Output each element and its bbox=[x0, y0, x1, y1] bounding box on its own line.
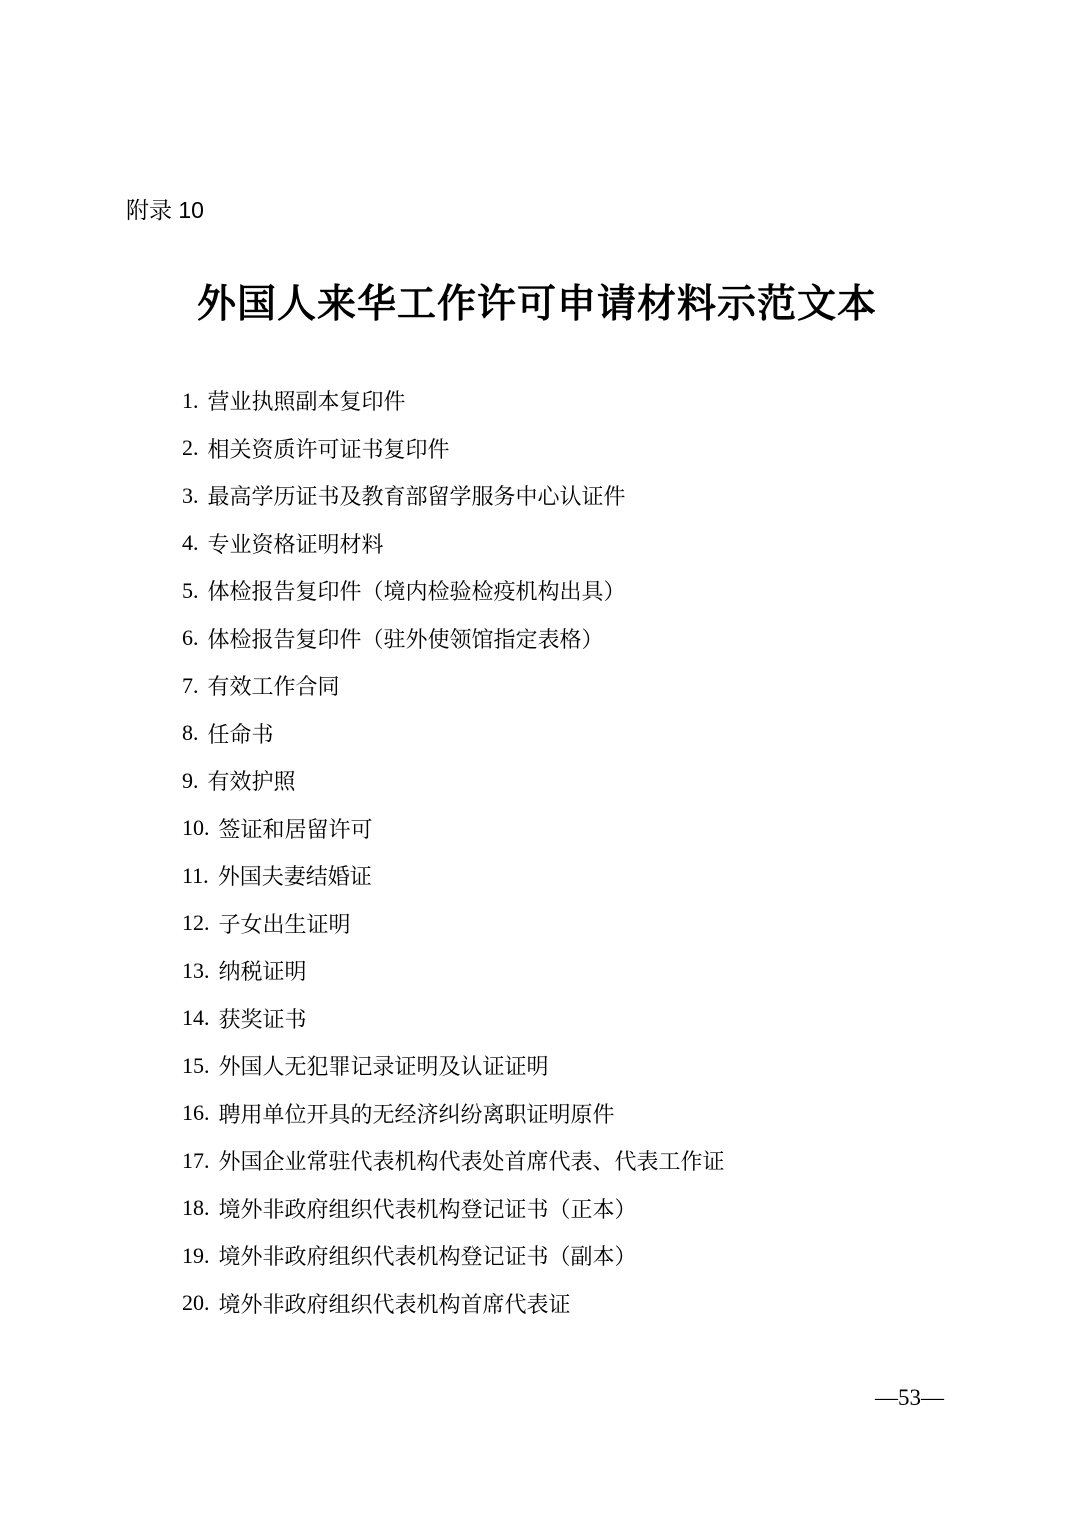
list-item: 14.获奖证书 bbox=[182, 995, 725, 1043]
page-title: 外国人来华工作许可申请材料示范文本 bbox=[0, 282, 1074, 329]
list-item: 1.营业执照副本复印件 bbox=[182, 377, 725, 425]
list-item: 18.境外非政府组织代表机构登记证书（正本） bbox=[182, 1185, 725, 1233]
list-item: 8.任命书 bbox=[182, 710, 725, 758]
list-item-number: 6. bbox=[182, 625, 199, 651]
list-item-text: 境外非政府组织代表机构登记证书（副本） bbox=[219, 1240, 637, 1271]
list-item-number: 5. bbox=[182, 578, 199, 604]
list-item: 20.境外非政府组织代表机构首席代表证 bbox=[182, 1280, 725, 1328]
list-item-text: 有效工作合同 bbox=[208, 670, 340, 701]
list-item: 19.境外非政府组织代表机构登记证书（副本） bbox=[182, 1232, 725, 1280]
list-item-number: 9. bbox=[182, 768, 199, 794]
list-item-number: 18. bbox=[182, 1195, 210, 1221]
list-item-number: 4. bbox=[182, 530, 199, 556]
list-item-number: 19. bbox=[182, 1243, 210, 1269]
list-item: 10.签证和居留许可 bbox=[182, 805, 725, 853]
list-item-text: 签证和居留许可 bbox=[219, 813, 373, 844]
document-page: 附录 10 外国人来华工作许可申请材料示范文本 1.营业执照副本复印件 2.相关… bbox=[0, 0, 1074, 1520]
list-item-text: 子女出生证明 bbox=[219, 908, 351, 939]
list-item-text: 外国人无犯罪记录证明及认证证明 bbox=[219, 1050, 549, 1081]
list-item: 2.相关资质许可证书复印件 bbox=[182, 425, 725, 473]
list-item-number: 12. bbox=[182, 910, 210, 936]
list-item-text: 境外非政府组织代表机构首席代表证 bbox=[219, 1288, 571, 1319]
list-item-number: 20. bbox=[182, 1290, 210, 1316]
list-item: 7.有效工作合同 bbox=[182, 662, 725, 710]
list-item-text: 最高学历证书及教育部留学服务中心认证件 bbox=[208, 480, 626, 511]
list-item-text: 获奖证书 bbox=[219, 1003, 307, 1034]
list-item-text: 相关资质许可证书复印件 bbox=[208, 433, 450, 464]
list-item-number: 11. bbox=[182, 863, 209, 889]
list-item-text: 外国企业常驻代表机构代表处首席代表、代表工作证 bbox=[219, 1145, 725, 1176]
list-item-number: 16. bbox=[182, 1100, 210, 1126]
list-item-number: 1. bbox=[182, 388, 199, 414]
list-item-text: 体检报告复印件（境内检验检疫机构出具） bbox=[208, 575, 626, 606]
list-item: 4.专业资格证明材料 bbox=[182, 520, 725, 568]
list-item-text: 体检报告复印件（驻外使领馆指定表格） bbox=[208, 623, 604, 654]
list-item-number: 10. bbox=[182, 815, 210, 841]
appendix-label: 附录 10 bbox=[126, 197, 204, 225]
list-item-number: 3. bbox=[182, 483, 199, 509]
list-item-number: 15. bbox=[182, 1053, 210, 1079]
list-item: 13.纳税证明 bbox=[182, 947, 725, 995]
list-item-number: 14. bbox=[182, 1005, 210, 1031]
list-item-number: 7. bbox=[182, 673, 199, 699]
list-item-number: 17. bbox=[182, 1148, 210, 1174]
list-item-text: 专业资格证明材料 bbox=[208, 528, 384, 559]
list-item-text: 聘用单位开具的无经济纠纷离职证明原件 bbox=[219, 1098, 615, 1129]
materials-list: 1.营业执照副本复印件 2.相关资质许可证书复印件 3.最高学历证书及教育部留学… bbox=[182, 377, 725, 1327]
list-item: 12.子女出生证明 bbox=[182, 900, 725, 948]
list-item: 6.体检报告复印件（驻外使领馆指定表格） bbox=[182, 615, 725, 663]
list-item-text: 有效护照 bbox=[208, 765, 296, 796]
list-item: 17.外国企业常驻代表机构代表处首席代表、代表工作证 bbox=[182, 1137, 725, 1185]
list-item: 11.外国夫妻结婚证 bbox=[182, 852, 725, 900]
list-item-text: 纳税证明 bbox=[219, 955, 307, 986]
list-item-number: 8. bbox=[182, 720, 199, 746]
list-item: 5.体检报告复印件（境内检验检疫机构出具） bbox=[182, 567, 725, 615]
page-number: —53— bbox=[875, 1385, 944, 1411]
list-item: 9.有效护照 bbox=[182, 757, 725, 805]
list-item: 3.最高学历证书及教育部留学服务中心认证件 bbox=[182, 472, 725, 520]
list-item-text: 外国夫妻结婚证 bbox=[218, 860, 372, 891]
list-item-text: 营业执照副本复印件 bbox=[208, 385, 406, 416]
list-item-number: 2. bbox=[182, 435, 199, 461]
list-item: 16.聘用单位开具的无经济纠纷离职证明原件 bbox=[182, 1090, 725, 1138]
list-item: 15.外国人无犯罪记录证明及认证证明 bbox=[182, 1042, 725, 1090]
list-item-text: 任命书 bbox=[208, 718, 274, 749]
list-item-number: 13. bbox=[182, 958, 210, 984]
list-item-text: 境外非政府组织代表机构登记证书（正本） bbox=[219, 1193, 637, 1224]
